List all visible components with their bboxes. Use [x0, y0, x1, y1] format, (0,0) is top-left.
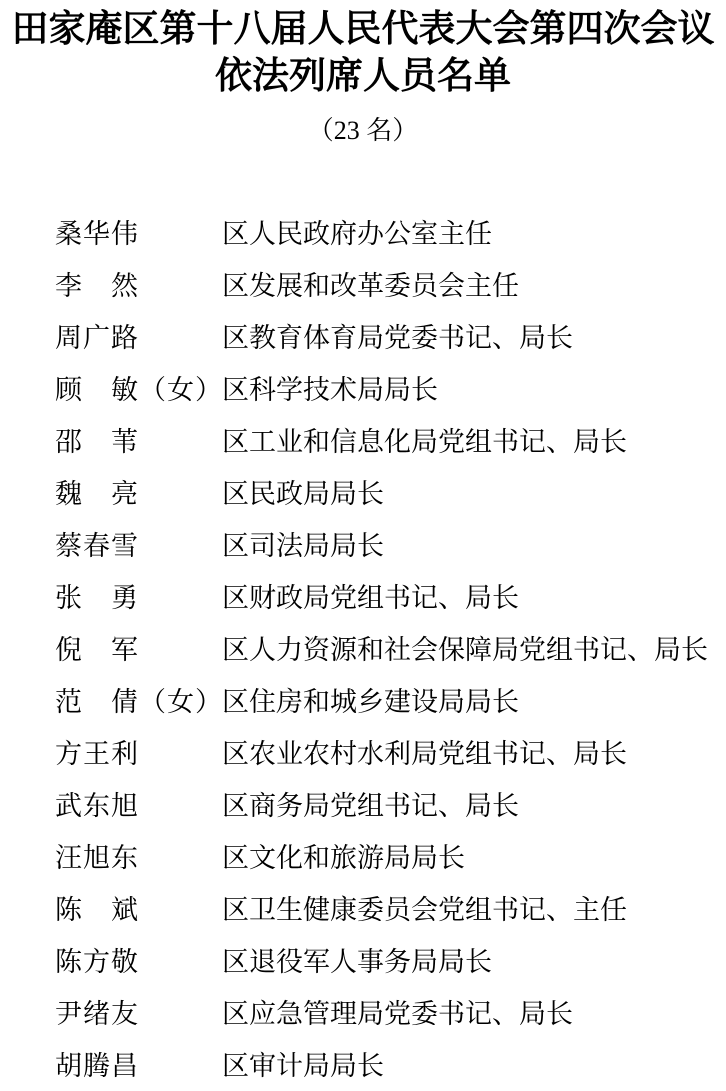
attendee-name: 尹绪友 — [55, 988, 222, 1040]
document-title-line2: 依法列席人员名单 — [215, 56, 511, 97]
attendee-name: 魏 亮 — [55, 468, 222, 520]
attendee-title: 区教育体育局党委书记、局长 — [222, 312, 726, 364]
document-subtitle: （23 名） — [0, 116, 726, 146]
attendee-name: 倪 军 — [55, 624, 222, 676]
list-item: 方王利 区农业农村水利局党组书记、局长 — [0, 728, 726, 780]
attendee-name: 邵 苇 — [55, 416, 222, 468]
document-title: 田家庵区第十八届人民代表大会第四次会议 依法列席人员名单 — [0, 0, 726, 100]
attendee-title: 区发展和改革委员会主任 — [222, 260, 726, 312]
attendee-name: 张 勇 — [55, 572, 222, 624]
attendee-title: 区民政局局长 — [222, 468, 726, 520]
attendee-name: 范 倩（女） — [55, 676, 222, 728]
attendee-list: 桑华伟 区人民政府办公室主任 李 然 区发展和改革委员会主任 周广路 区教育体育… — [0, 208, 726, 1091]
list-item: 张 勇 区财政局党组书记、局长 — [0, 572, 726, 624]
attendee-title: 区商务局党组书记、局长 — [222, 780, 726, 832]
list-item: 周广路 区教育体育局党委书记、局长 — [0, 312, 726, 364]
attendee-name: 蔡春雪 — [55, 520, 222, 572]
attendee-name: 武东旭 — [55, 780, 222, 832]
attendee-name: 周广路 — [55, 312, 222, 364]
list-item: 汪旭东 区文化和旅游局局长 — [0, 832, 726, 884]
attendee-title: 区卫生健康委员会党组书记、主任 — [222, 884, 726, 936]
list-item: 陈 斌 区卫生健康委员会党组书记、主任 — [0, 884, 726, 936]
attendee-title: 区司法局局长 — [222, 520, 726, 572]
list-item: 武东旭 区商务局党组书记、局长 — [0, 780, 726, 832]
attendee-title: 区退役军人事务局局长 — [222, 936, 726, 988]
list-item: 李 然 区发展和改革委员会主任 — [0, 260, 726, 312]
list-item: 邵 苇 区工业和信息化局党组书记、局长 — [0, 416, 726, 468]
document-page: 田家庵区第十八届人民代表大会第四次会议 依法列席人员名单 （23 名） 桑华伟 … — [0, 0, 726, 1091]
attendee-name: 方王利 — [55, 728, 222, 780]
list-item: 蔡春雪 区司法局局长 — [0, 520, 726, 572]
attendee-title: 区文化和旅游局局长 — [222, 832, 726, 884]
list-item: 桑华伟 区人民政府办公室主任 — [0, 208, 726, 260]
attendee-title: 区人力资源和社会保障局党组书记、局长 — [222, 624, 726, 676]
attendee-name: 桑华伟 — [55, 208, 222, 260]
attendee-title: 区科学技术局局长 — [222, 364, 726, 416]
attendee-name: 陈 斌 — [55, 884, 222, 936]
document-title-line1: 田家庵区第十八届人民代表大会第四次会议 — [12, 9, 715, 50]
attendee-title: 区住房和城乡建设局局长 — [222, 676, 726, 728]
list-item: 范 倩（女） 区住房和城乡建设局局长 — [0, 676, 726, 728]
attendee-name: 胡腾昌 — [55, 1040, 222, 1091]
list-item: 魏 亮 区民政局局长 — [0, 468, 726, 520]
list-item: 顾 敏（女） 区科学技术局局长 — [0, 364, 726, 416]
attendee-title: 区人民政府办公室主任 — [222, 208, 726, 260]
attendee-name: 汪旭东 — [55, 832, 222, 884]
attendee-title: 区财政局党组书记、局长 — [222, 572, 726, 624]
list-item: 胡腾昌 区审计局局长 — [0, 1040, 726, 1091]
attendee-title: 区审计局局长 — [222, 1040, 726, 1091]
attendee-name: 陈方敬 — [55, 936, 222, 988]
attendee-title: 区工业和信息化局党组书记、局长 — [222, 416, 726, 468]
attendee-name: 顾 敏（女） — [55, 364, 222, 416]
list-item: 倪 军 区人力资源和社会保障局党组书记、局长 — [0, 624, 726, 676]
attendee-name: 李 然 — [55, 260, 222, 312]
list-item: 陈方敬 区退役军人事务局局长 — [0, 936, 726, 988]
attendee-title: 区农业农村水利局党组书记、局长 — [222, 728, 726, 780]
attendee-title: 区应急管理局党委书记、局长 — [222, 988, 726, 1040]
list-item: 尹绪友 区应急管理局党委书记、局长 — [0, 988, 726, 1040]
